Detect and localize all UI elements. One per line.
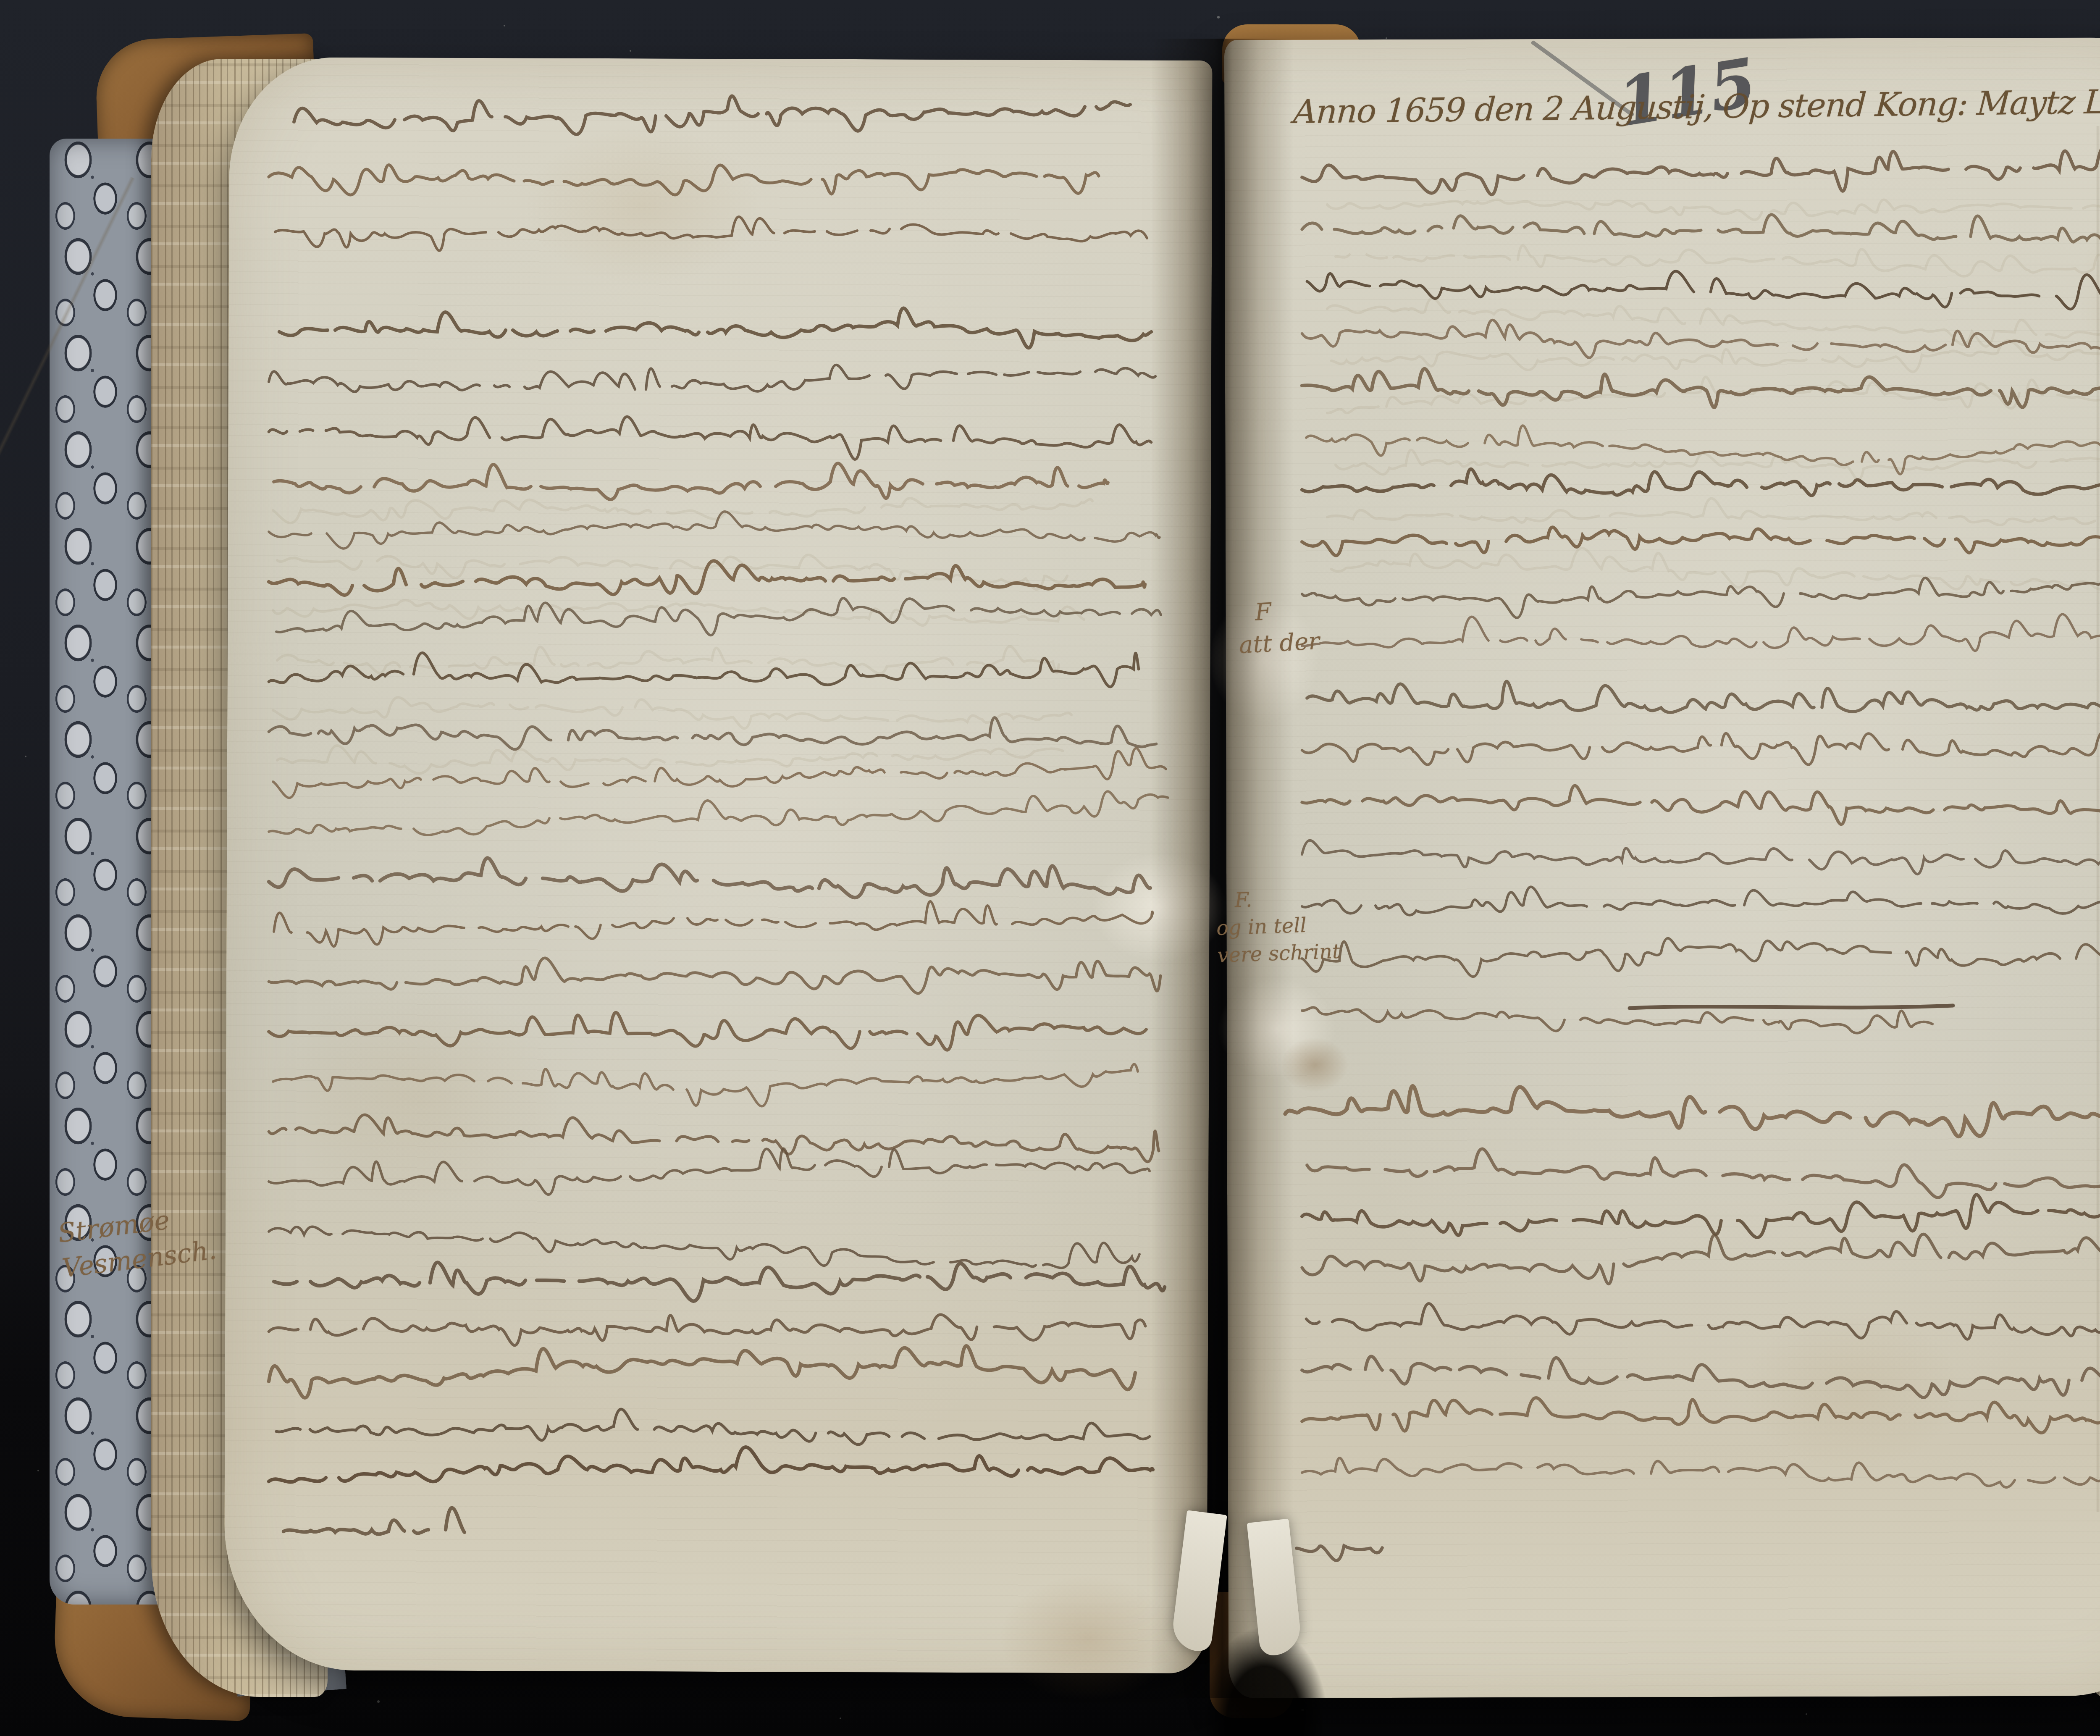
dust-speckles [0,0,1,1]
margin-note-line: vere schrint [1217,938,1341,969]
margin-note-line: og in tell [1216,911,1340,942]
margin-note-line: F. [1234,883,1339,914]
photo-of-open-manuscript-book: 115 Anno 1659 den 2 Augustij, Op stend K… [0,0,2100,1736]
handwriting-ink-left-page [227,59,1210,1672]
margin-note-line: att der [1238,625,1320,662]
margin-note-f-att-der: F att der [1236,594,1320,661]
handwriting-ink-right-page [1226,39,2100,1697]
margin-note-f-og-in-tell: F. og in tell vere schrint [1215,883,1341,969]
margin-note-line: F [1254,594,1319,628]
